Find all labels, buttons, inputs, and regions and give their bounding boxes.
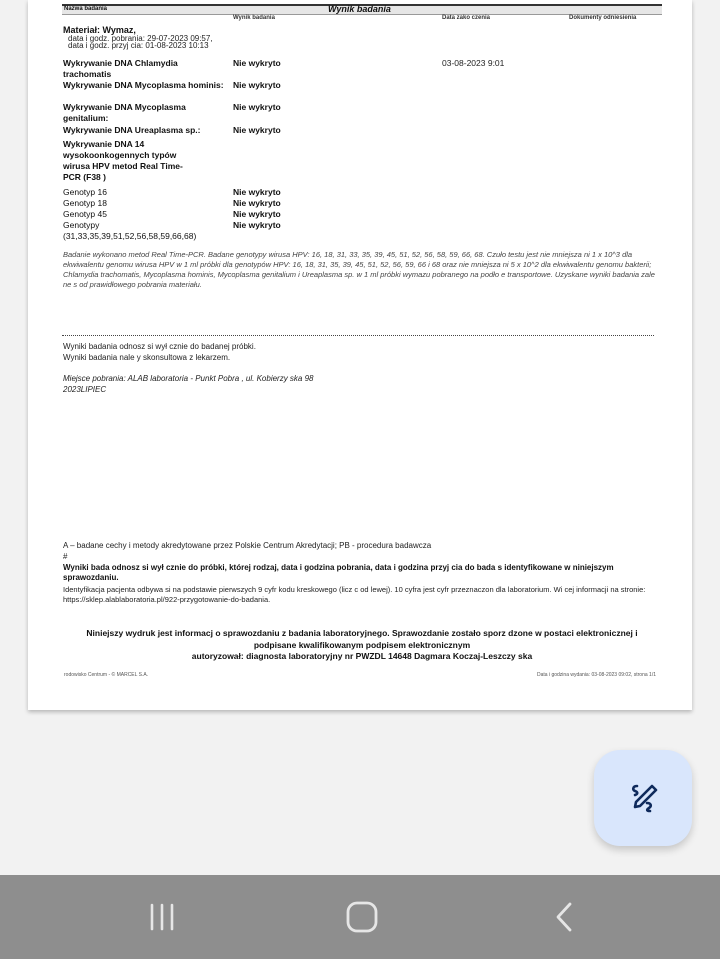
- genotype-result: Nie wykryto: [233, 198, 281, 208]
- test-name: Wykrywanie DNA 14 wysokoonkogennych typó…: [63, 139, 188, 183]
- recent-apps-icon: [147, 902, 177, 932]
- genotype-name: Genotyp 18: [63, 198, 107, 209]
- genotype-result: Nie wykryto: [233, 220, 281, 230]
- system-nav-bar: [0, 875, 720, 959]
- column-docs-header: Dokumenty odniesienia: [569, 15, 636, 21]
- test-name: Wykrywanie DNA Mycoplasma hominis:: [63, 80, 228, 91]
- genotype-result: Nie wykryto: [233, 209, 281, 219]
- test-result: Nie wykryto: [233, 102, 281, 112]
- back-button[interactable]: [524, 875, 604, 959]
- genotype-name: Genotypy: [63, 220, 99, 231]
- test-date: 03-08-2023 9:01: [442, 58, 504, 68]
- draw-pen-icon: [625, 780, 661, 816]
- home-icon: [345, 900, 379, 934]
- genotype-list: (31,33,35,39,51,52,56,58,59,66,68): [63, 231, 196, 242]
- footer-line-3: autoryzował: diagnosta laboratoryjny nr …: [62, 651, 662, 661]
- method-note: Badanie wykonano metod Real Time-PCR. Ba…: [63, 250, 663, 290]
- genotype-result: Nie wykryto: [233, 187, 281, 197]
- test-result: Nie wykryto: [233, 80, 281, 90]
- received-date: data i godz. przyj cia: 01-08-2023 10:13: [68, 42, 209, 50]
- recent-apps-button[interactable]: [122, 875, 202, 959]
- column-date-header: Data zako czenia: [442, 15, 490, 21]
- remark-2: Wyniki badania nale y skonsultowa z leka…: [63, 353, 230, 362]
- annotate-button[interactable]: [594, 750, 692, 846]
- footer-line-1: Niniejszy wydruk jest informacj o sprawo…: [62, 628, 662, 638]
- results-title: Wynik badania: [328, 4, 391, 14]
- home-button[interactable]: [322, 875, 402, 959]
- test-result: Nie wykryto: [233, 125, 281, 135]
- test-name: Wykrywanie DNA Chlamydia trachomatis: [63, 58, 228, 80]
- column-result-header: Wynik badania: [233, 15, 275, 21]
- remark-1: Wyniki badania odnosz si wył cznie do ba…: [63, 342, 256, 351]
- issue-date: Data i godzina wydania: 03-08-2023 09:02…: [537, 672, 656, 678]
- genotype-name: Genotyp 45: [63, 209, 107, 220]
- test-name: Wykrywanie DNA Mycoplasma genitalium:: [63, 102, 228, 124]
- software-credit: rodowisko Centrum - © MARCEL S.A.: [64, 672, 148, 678]
- test-name: Wykrywanie DNA Ureaplasma sp.:: [63, 125, 243, 136]
- accreditation-note: A – badane cechy i metody akredytowane p…: [63, 541, 431, 550]
- test-result: Nie wykryto: [233, 58, 281, 68]
- pdf-page: Nazwa badania Wynik badania Wynik badani…: [28, 0, 692, 710]
- collection-place: Miejsce pobrania: ALAB laboratoria - Pun…: [63, 374, 314, 383]
- bold-statement: Wyniki bada odnosz si wył cznie do próbk…: [63, 563, 663, 583]
- footer-line-2: podpisane kwalifikowanym podpisem elektr…: [62, 640, 662, 650]
- dotted-separator: [62, 335, 654, 336]
- hash-mark: #: [63, 552, 67, 561]
- back-icon: [552, 901, 576, 933]
- place-code: 2023LIPIEC: [63, 385, 106, 394]
- identification-note: Identyfikacja pacjenta odbywa si na pods…: [63, 585, 663, 605]
- genotype-name: Genotyp 16: [63, 187, 107, 198]
- column-name-header: Nazwa badania: [64, 6, 107, 12]
